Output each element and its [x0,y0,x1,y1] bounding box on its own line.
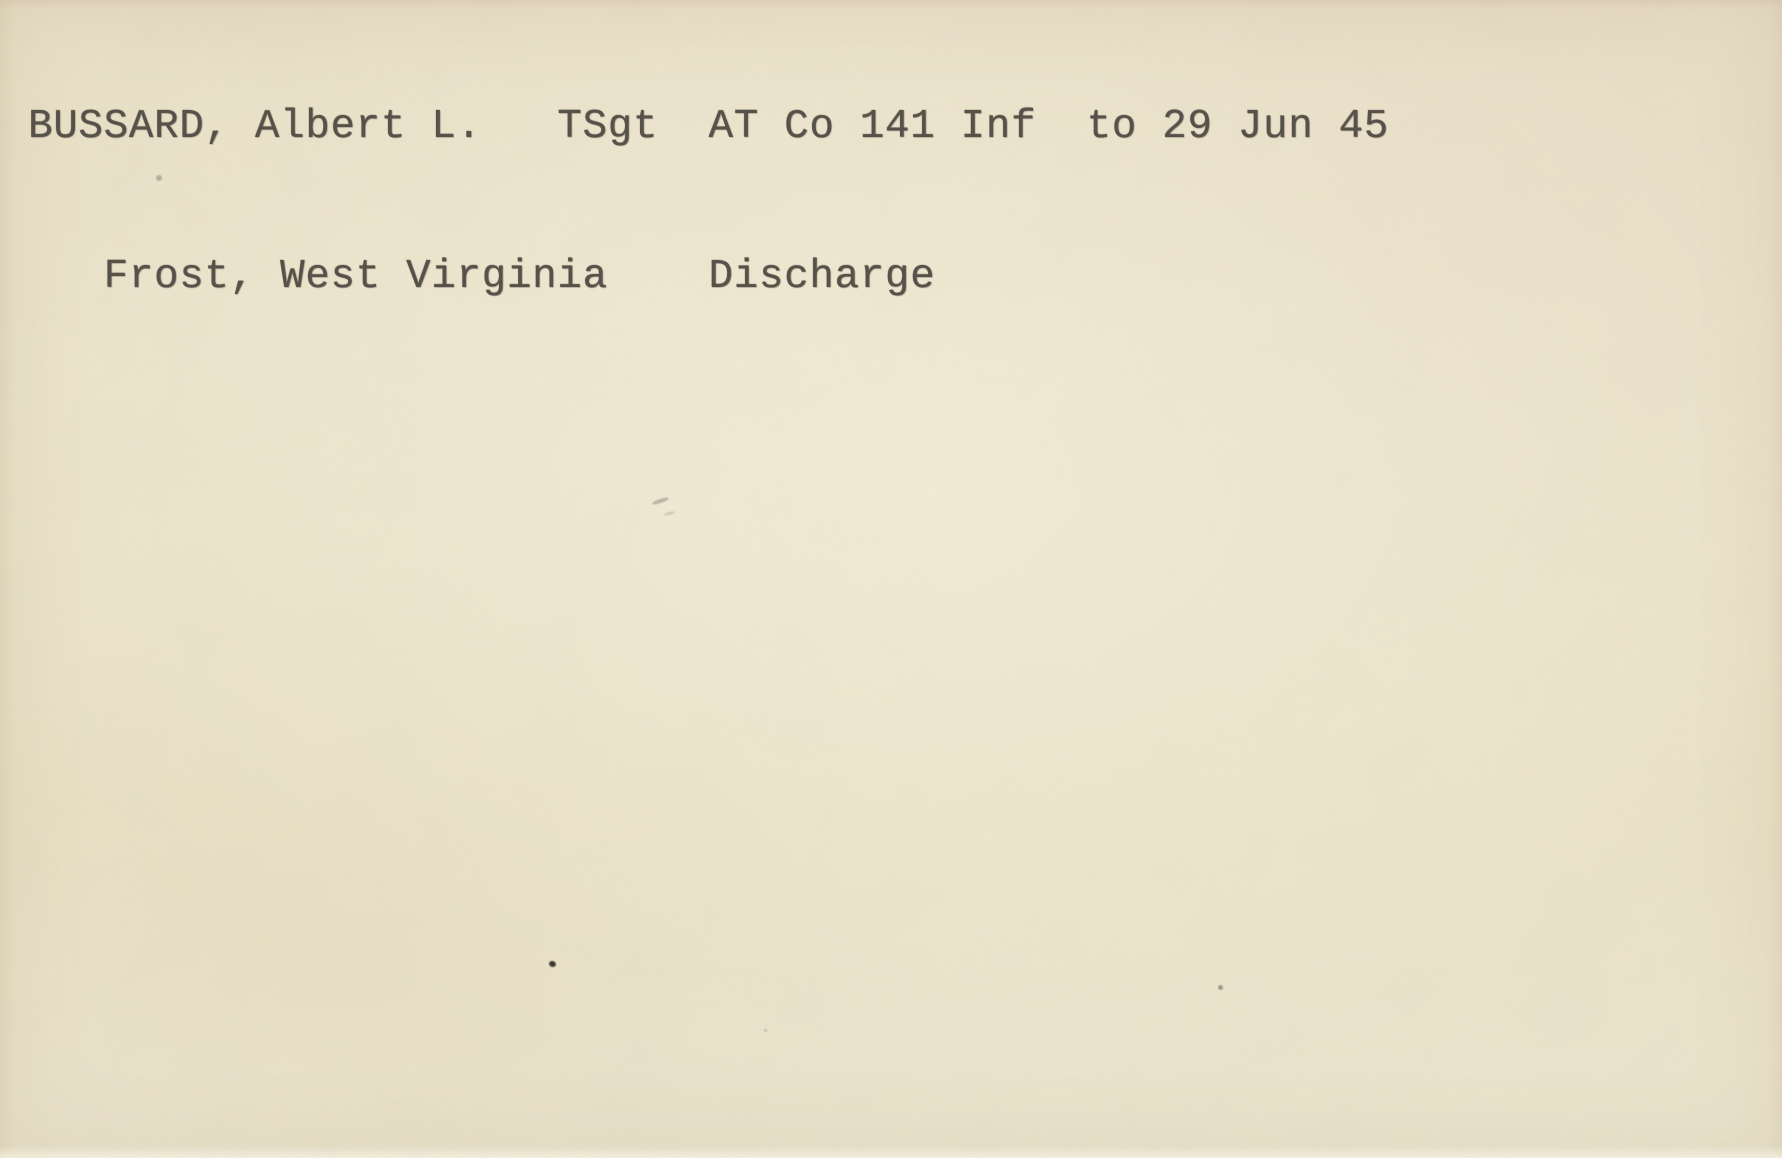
typewritten-text-block: BUSSARD, Albert L. TSgt AT Co 141 Inf to… [28,2,1389,402]
card-line-name-rank-unit: BUSSARD, Albert L. TSgt AT Co 141 Inf to… [28,102,1389,152]
card-line-residence-disposition: Frost, West Virginia Discharge [28,252,1389,302]
index-card-scan: BUSSARD, Albert L. TSgt AT Co 141 Inf to… [0,0,1782,1158]
